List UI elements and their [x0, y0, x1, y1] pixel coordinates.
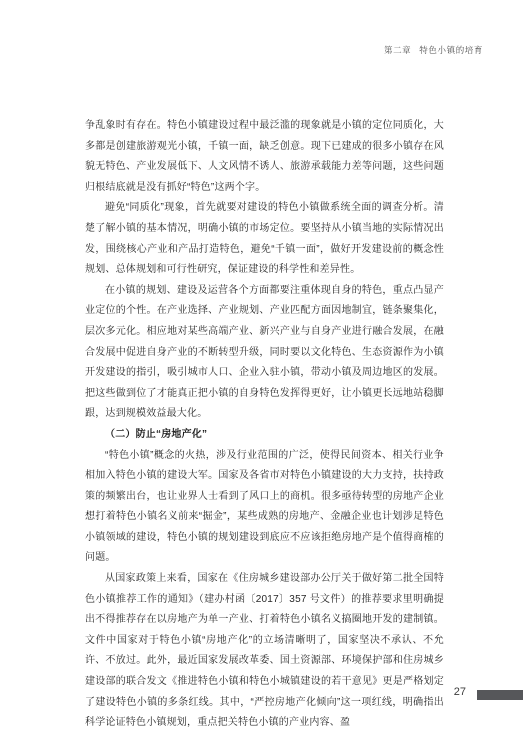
book-page: 第二章特色小镇的培育 争乱象时有存在。特色小镇建设过程中最泛滥的现象就是小镇的定…: [0, 0, 527, 750]
chapter-number: 第二章: [384, 45, 411, 55]
chapter-title: 特色小镇的培育: [419, 45, 483, 55]
body-text: 争乱象时有存在。特色小镇建设过程中最泛滥的现象就是小镇的定位同质化，大多都是创建…: [85, 116, 444, 734]
paragraph: 在小镇的规划、建设及运营各个方面都要注重体现自身的特色，重点凸显产业定位的个性。…: [85, 281, 444, 425]
section-heading: （二）防止“房地产化”: [85, 425, 444, 446]
paragraph: 避免“同质化”现象，首先就要对建设的特色小镇做系统全面的调查分析。清楚了解小镇的…: [85, 198, 444, 280]
page-number: 27: [454, 686, 466, 698]
footer-bar: [477, 690, 523, 700]
running-head: 第二章特色小镇的培育: [384, 44, 483, 56]
page-footer: 27: [0, 686, 527, 700]
paragraph: 从国家政策上来看，国家在《住房城乡建设部办公厅关于做好第二批全国特色小镇推荐工作…: [85, 569, 444, 734]
paragraph: 争乱象时有存在。特色小镇建设过程中最泛滥的现象就是小镇的定位同质化，大多都是创建…: [85, 116, 444, 198]
paragraph: “特色小镇”概念的火热，涉及行业范围的广泛，使得民间资本、相关行业争相加入特色小…: [85, 446, 444, 570]
